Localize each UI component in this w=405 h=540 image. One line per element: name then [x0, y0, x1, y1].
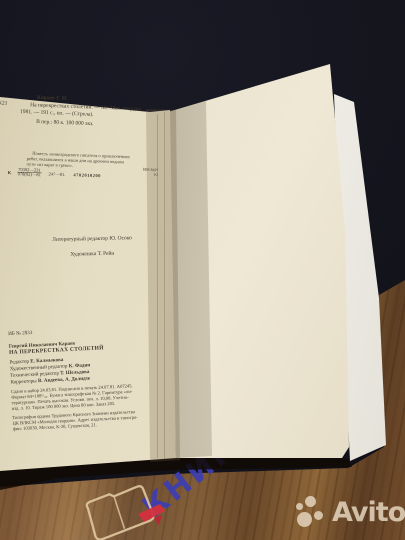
ribbon-icon	[138, 504, 165, 525]
catalog-margin-code: К21	[0, 100, 30, 107]
book-photo-scene: КНИГИ Avito Караев Г. Н. К21 На перекрес…	[0, 0, 405, 540]
staff-role: Корректоры	[10, 378, 36, 385]
index-fraction: 70302—231 078(02)—81	[17, 167, 42, 177]
avito-logo-icon	[294, 495, 326, 529]
middle-credits: Литературный редактор Ю. Осоко Художника…	[40, 234, 207, 258]
index-suffix: 247—81.	[48, 172, 65, 178]
index-code: 4702010200	[73, 173, 101, 179]
bbk-line-2: Р2	[148, 172, 158, 177]
index-denominator: 078(02)—81	[17, 172, 42, 178]
bbk-code: ББК 84Р7 Р2	[142, 167, 158, 178]
index-letter: К	[8, 170, 11, 175]
open-book-icon	[80, 484, 172, 540]
avito-label: Avito	[332, 497, 405, 528]
literary-editor-line: Литературный редактор Ю. Осоко	[40, 235, 144, 243]
avito-watermark: Avito	[294, 495, 405, 529]
colophon-block: ИБ № 2833 Георгий Николаевич Караев НА П…	[8, 323, 186, 432]
